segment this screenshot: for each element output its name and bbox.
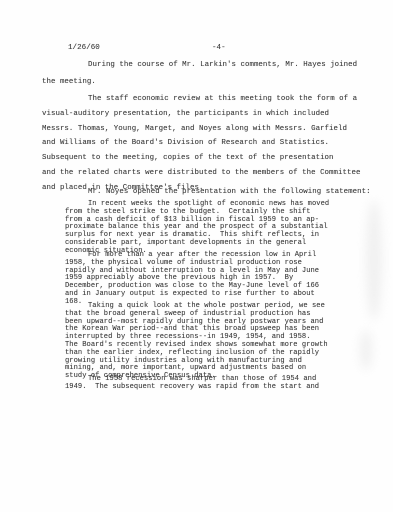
scanned-document-page: 1/26/60 -4- During the course of Mr. Lar… (0, 0, 393, 512)
statement-paragraph-1: In recent weeks the spotlight of economi… (65, 201, 365, 256)
scan-content-layer: 1/26/60 -4- During the course of Mr. Lar… (0, 0, 393, 512)
scan-smudge (360, 330, 372, 370)
statement-paragraph-2: For more than a year after the recession… (65, 252, 365, 307)
body-paragraph-1: During the course of Mr. Larkin's commen… (42, 57, 378, 90)
body-paragraph-2: The staff economic review at this meetin… (42, 92, 378, 196)
body-paragraph-3: Mr. Noyes opened the presentation with t… (42, 187, 378, 197)
scan-smudge (366, 200, 382, 320)
statement-paragraph-4: The 1958 recession was sharper than thos… (65, 376, 365, 392)
document-date: 1/26/60 (68, 44, 100, 52)
page-number: -4- (212, 44, 226, 52)
statement-paragraph-3: Taking a quick look at the whole postwar… (65, 303, 365, 381)
